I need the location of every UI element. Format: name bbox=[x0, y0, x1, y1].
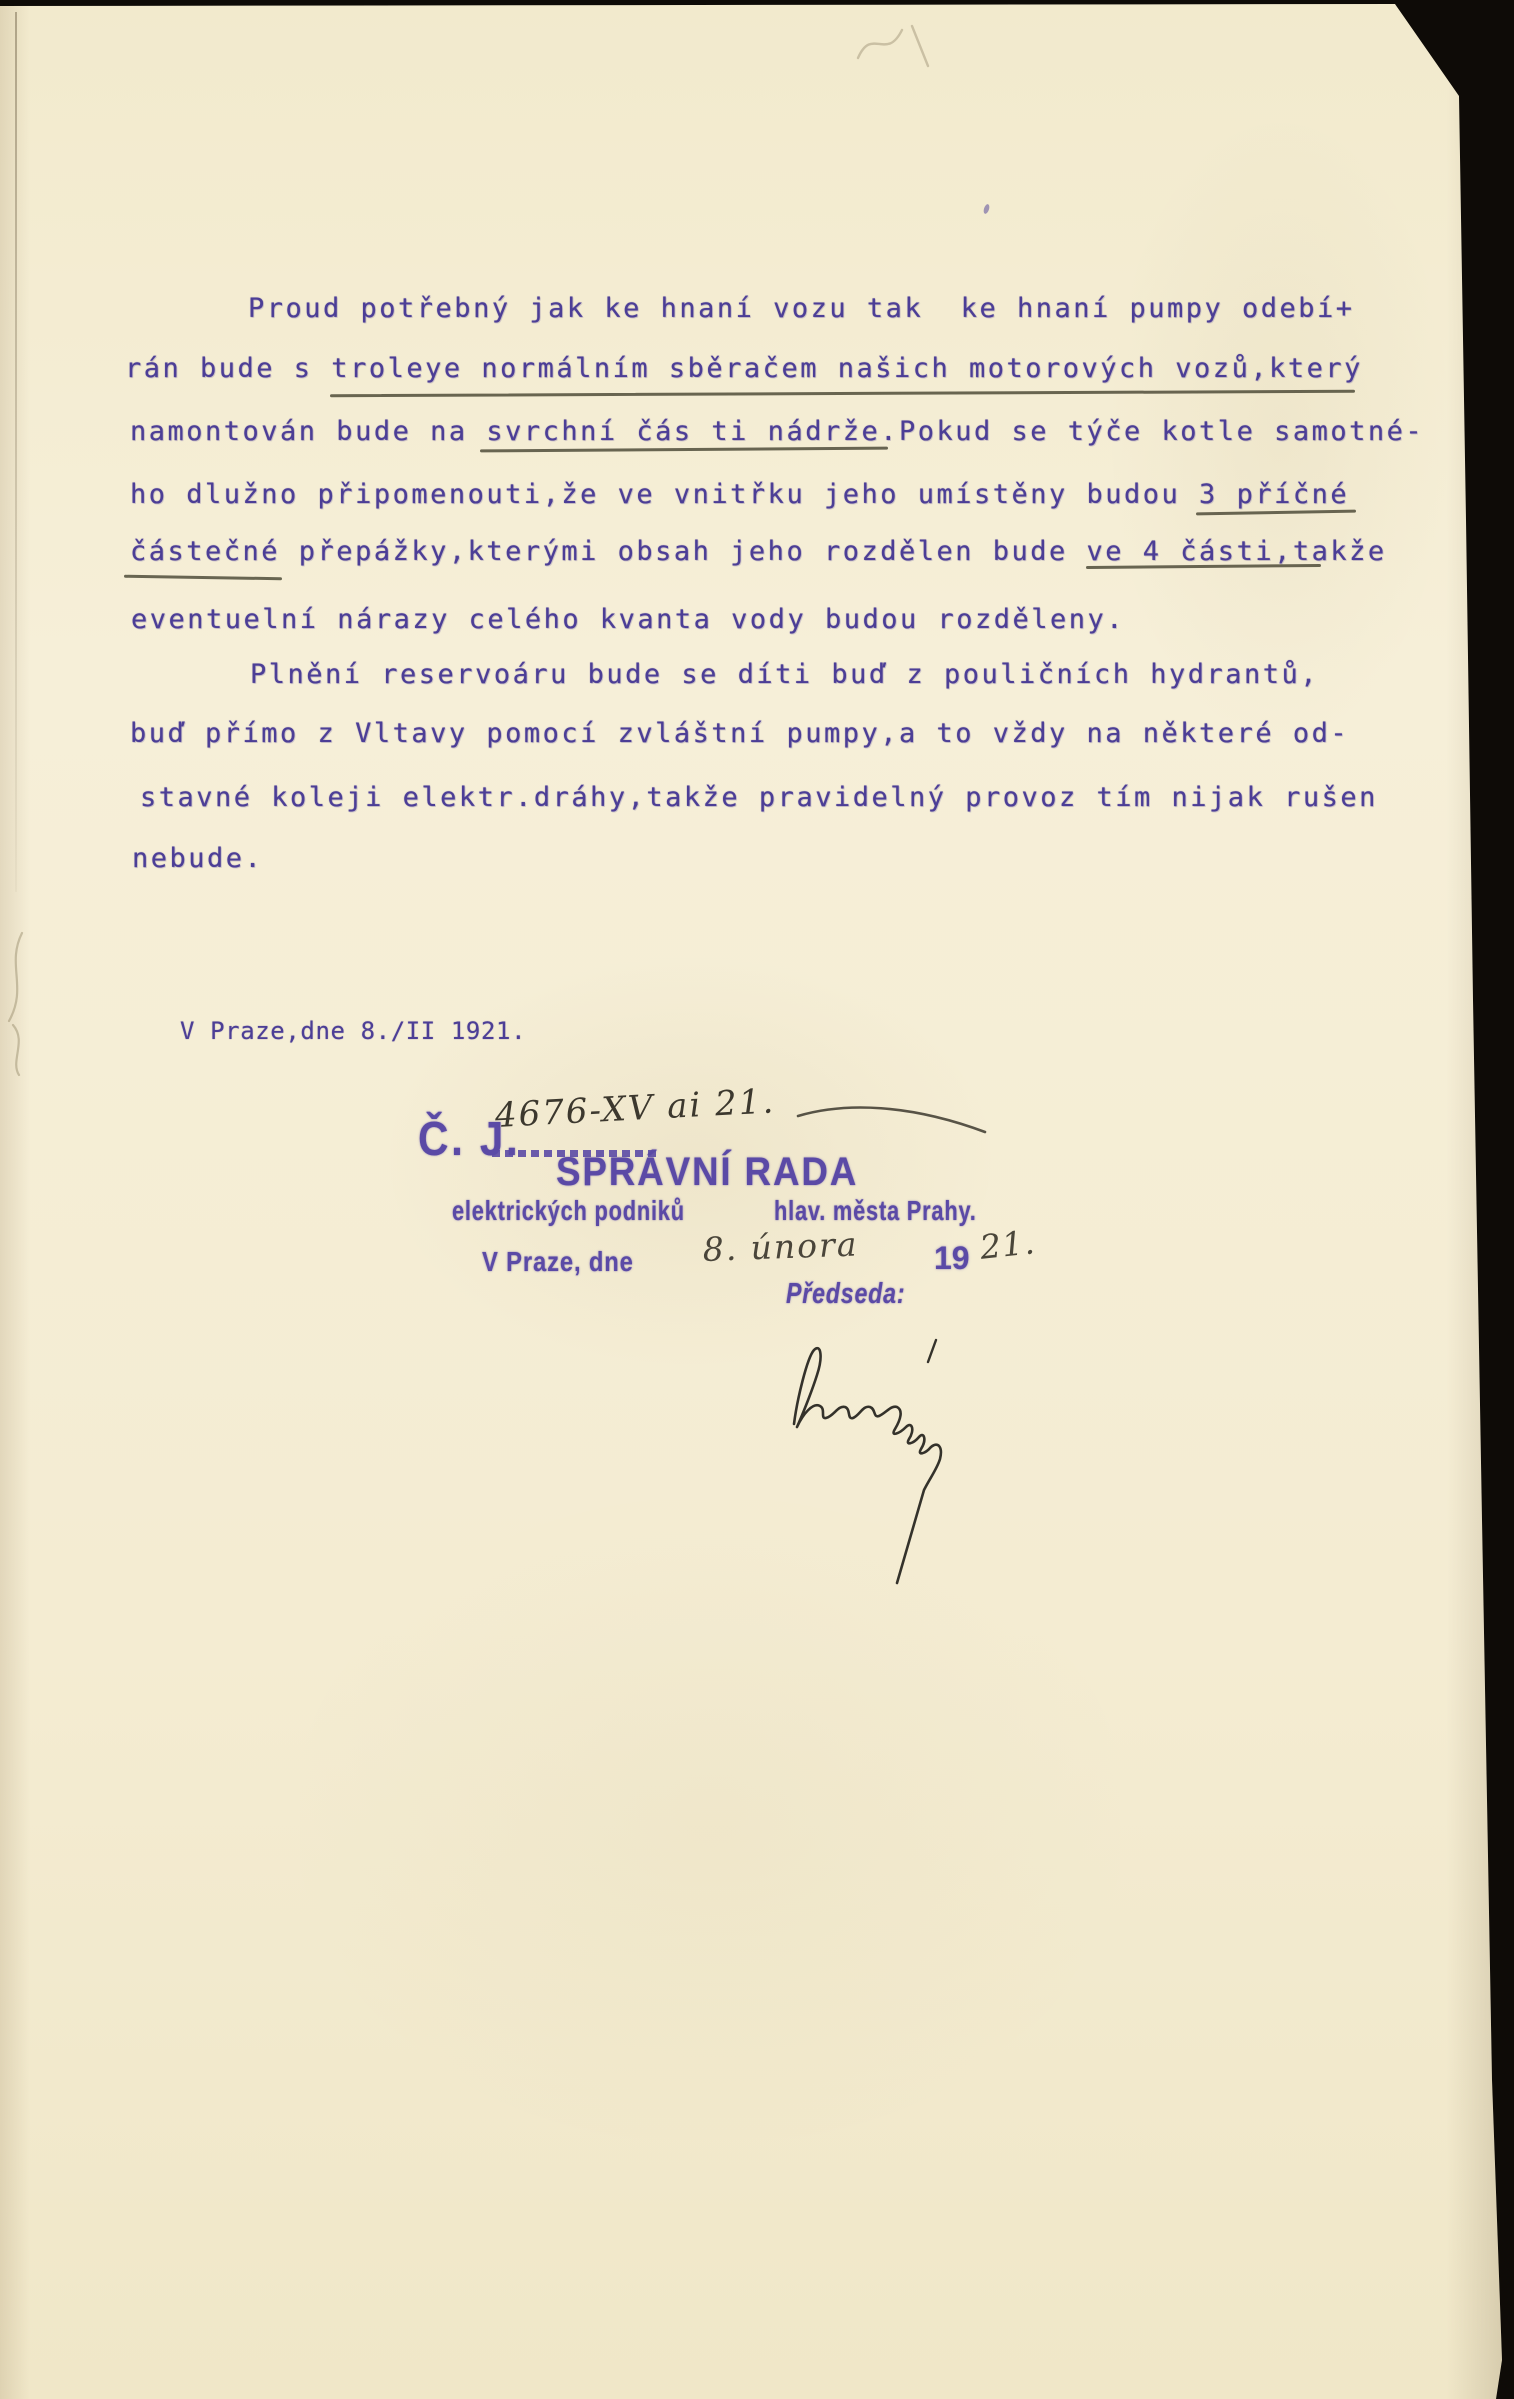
typed-line: namontován bude na svrchní čás ti nádrže… bbox=[130, 415, 1424, 449]
scan-background: Proud potřebný jak ke hnaní vozu tak ke … bbox=[0, 0, 1514, 2399]
ink-speck bbox=[983, 203, 991, 214]
stamp-title: SPRÁVNÍ RADA bbox=[556, 1150, 858, 1195]
typed-date-line: V Praze,dne 8./II 1921. bbox=[180, 1016, 526, 1046]
document-page: Proud potřebný jak ke hnaní vozu tak ke … bbox=[0, 0, 1514, 2399]
stamp-place-line: V Praze, dne bbox=[482, 1246, 634, 1278]
typed-line: buď přímo z Vltavy pomocí zvláštní pumpy… bbox=[130, 717, 1349, 751]
hand-underline bbox=[330, 390, 1355, 397]
handwritten-flourish bbox=[790, 1096, 1000, 1144]
paper-fold-line bbox=[15, 12, 17, 892]
typed-line: nebude. bbox=[132, 842, 263, 876]
pencil-scribble-top-right bbox=[852, 14, 952, 76]
hand-underline bbox=[124, 575, 282, 580]
typed-line: eventuelní nárazy celého kvanta vody bud… bbox=[131, 603, 1125, 637]
typed-line: ho dlužno připomenouti,že ve vnitřku jeh… bbox=[130, 478, 1349, 512]
signature bbox=[760, 1328, 990, 1598]
stamp-subtitle-left: elektrických podniků bbox=[452, 1195, 685, 1227]
typed-line: částečné přepážky,kterými obsah jeho roz… bbox=[130, 535, 1387, 569]
paper-stain bbox=[300, 1500, 1120, 2140]
typed-line: stavné koleji elektr.dráhy,takže pravide… bbox=[140, 781, 1378, 815]
pencil-scribble-left-margin bbox=[0, 925, 44, 1080]
typed-line: rán bude s troleye normálním sběračem na… bbox=[125, 352, 1363, 386]
typed-line: Proud potřebný jak ke hnaní vozu tak ke … bbox=[248, 292, 1355, 326]
handwritten-day-month: 8. února bbox=[702, 1225, 859, 1269]
typed-line: Plnění reservoáru bude se díti buď z pou… bbox=[250, 658, 1319, 692]
stamp-chairman-label: Předseda: bbox=[786, 1278, 905, 1311]
handwritten-file-number: 4676-XV ai 21. bbox=[494, 1081, 776, 1136]
handwritten-year-suffix: 21. bbox=[978, 1222, 1037, 1267]
stamp-subtitle-right: hlav. města Prahy. bbox=[774, 1195, 977, 1227]
stamp-year-prefix: 19 bbox=[934, 1240, 970, 1277]
